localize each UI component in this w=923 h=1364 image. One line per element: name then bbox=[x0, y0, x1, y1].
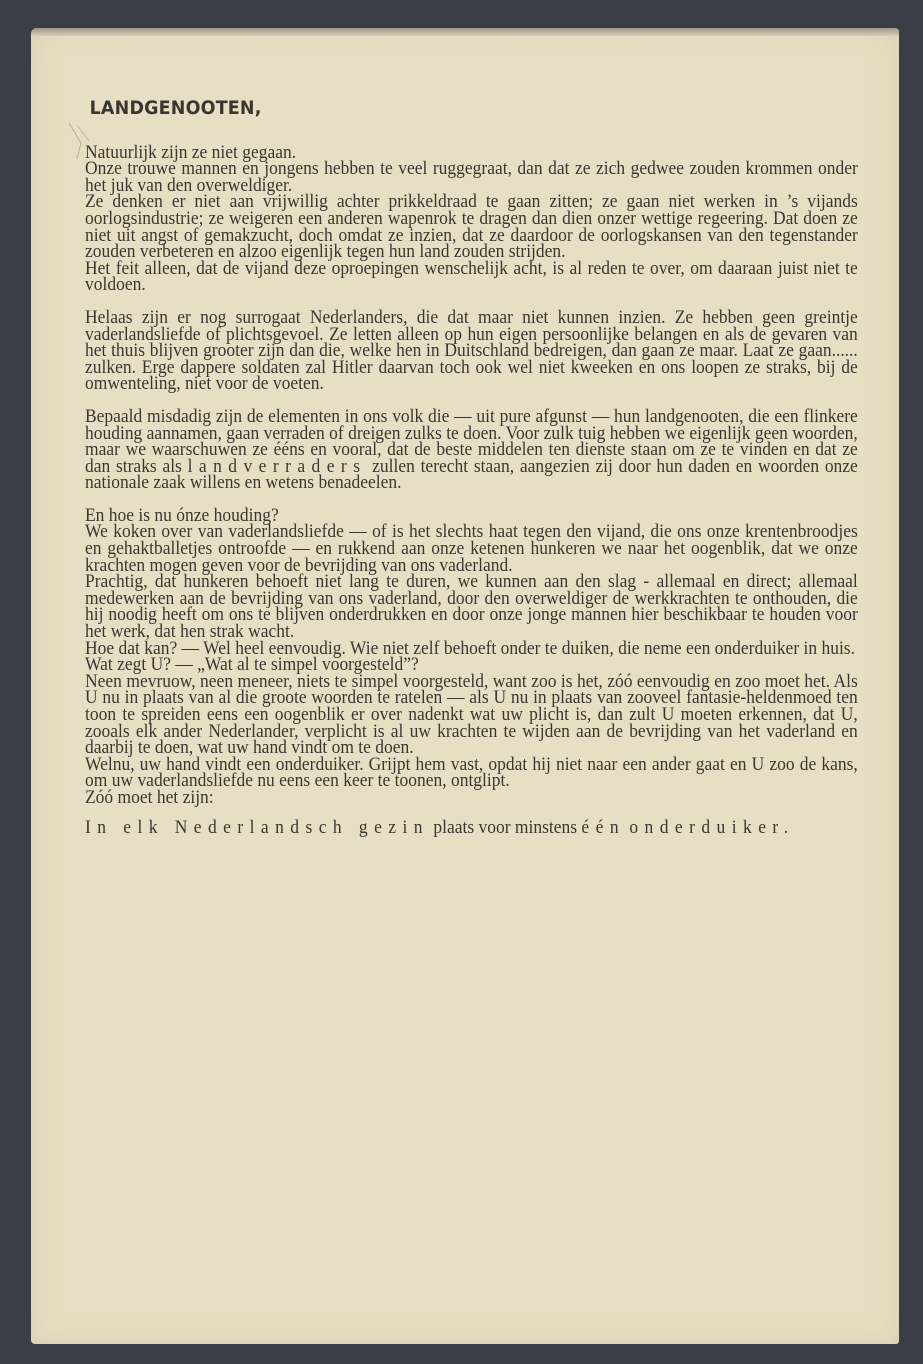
paragraph: Zóó moet het zijn: bbox=[85, 790, 858, 807]
paper-worn-edge bbox=[31, 28, 899, 36]
paragraph: Welnu, uw hand vindt een onderduiker. Gr… bbox=[85, 757, 858, 790]
closing-part: plaats voor minstens bbox=[433, 817, 577, 838]
paragraph: Neen mevruow, neen meneer, niets te simp… bbox=[85, 674, 858, 757]
paragraph: Het feit alleen, dat de vijand deze opro… bbox=[85, 261, 858, 294]
paragraph: Bepaald misdadig zijn de elementen in on… bbox=[85, 409, 858, 492]
paragraph: We koken over van vaderlandsliefde — of … bbox=[85, 524, 858, 574]
closing-part: onderduiker. bbox=[629, 817, 794, 838]
leaflet-title: LANDGENOOTEN, bbox=[90, 100, 858, 117]
closing-statement: In elk Nederlandsch gezin plaats voor mi… bbox=[85, 815, 858, 841]
paragraph: Prachtig, dat hunkeren behoeft niet lang… bbox=[85, 574, 858, 640]
paragraph: Onze trouwe mannen en jongens hebben te … bbox=[85, 161, 858, 194]
leaflet-paper: LANDGENOOTEN, Natuurlijk zijn ze niet ge… bbox=[31, 28, 899, 1344]
paragraph: Ze denken er niet aan vrijwillig achter … bbox=[85, 194, 858, 260]
closing-part: één bbox=[581, 817, 625, 838]
closing-part: In elk Nederlandsch gezin bbox=[85, 817, 429, 838]
leaflet-body: LANDGENOOTEN, Natuurlijk zijn ze niet ge… bbox=[85, 100, 858, 841]
paragraph: Helaas zijn er nog surrogaat Nederlander… bbox=[85, 310, 858, 393]
